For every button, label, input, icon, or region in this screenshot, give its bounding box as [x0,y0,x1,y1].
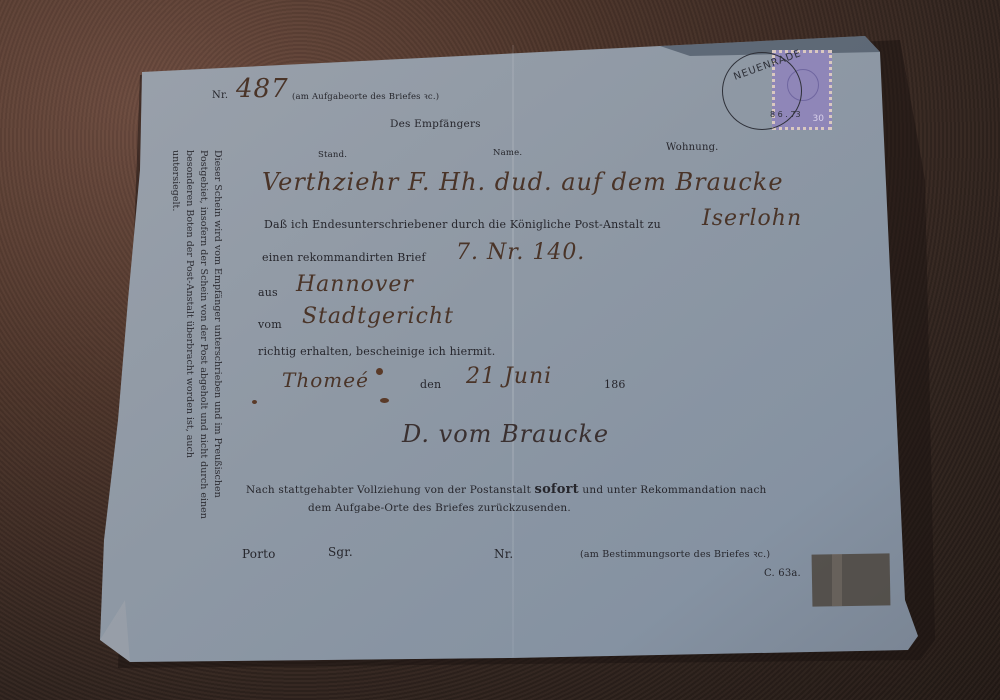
tape-stripe [832,554,842,606]
postal-receipt-document: Nr. 487 (am Aufgabeorte des Briefes ꝛc.)… [0,0,1000,700]
den-label: den [420,378,441,391]
instructions-text-after: und unter Rekommandation nach [582,484,766,496]
form-code: C. 63a. [764,568,801,579]
nr-value-handwritten: 487 [236,74,289,104]
sgr-label: Sgr. [328,545,353,559]
porto-label: Porto [242,547,276,561]
fold-crease [512,45,514,657]
vom-label: vom [258,318,282,331]
post-office-town-handwritten: Iserlohn [702,206,802,231]
stamp-value: 30 [813,114,824,124]
wohnung-label: Wohnung. [666,142,719,153]
ink-blot [252,400,257,404]
body-line1: Daß ich Endesunterschriebener durch die … [264,218,661,231]
place-handwritten: Thomeé [282,368,369,392]
nr-label: Nr. [212,90,228,101]
footer-nr-label: Nr. [494,547,513,561]
name-label: Name. [493,148,522,158]
aus-label: aus [258,286,278,299]
instructions-text-before: Nach stattgehabter Vollziehung von der P… [246,484,531,496]
year-prefix: 186 [604,378,626,391]
stand-label: Stand. [318,150,347,160]
postmark-date: 8 6 . 73 [770,110,801,119]
date-handwritten: 21 Juni [466,364,552,389]
section-title-empfaenger: Des Empfängers [390,118,481,130]
destination-note: (am Bestimmungsorte des Briefes ꝛc.) [580,547,770,560]
side-instruction-note: Dieser Schein wird vom Empfänger untersc… [168,150,224,520]
sender-handwritten: Stadtgericht [302,304,454,329]
ink-blot [376,368,383,375]
instructions-line2: dem Aufgabe-Orte des Briefes zurückzusen… [308,502,571,514]
confirm-text: richtig erhalten, bescheinige ich hiermi… [258,345,495,358]
instructions-sofort: sofort [535,482,579,497]
body-line2: einen rekommandirten Brief [262,251,426,264]
letter-number-handwritten: 7. Nr. 140. [456,240,585,265]
tape-remnant [812,553,891,606]
ink-blot [380,398,389,403]
signature: D. vom Braucke [402,420,609,448]
instructions-line1: Nach stattgehabter Vollziehung von der P… [246,482,767,497]
nr-note: (am Aufgabeorte des Briefes ꝛc.) [292,91,439,102]
origin-handwritten: Hannover [296,272,414,297]
recipient-handwritten: Verthziehr F. Hh. dud. auf dem Braucke [262,168,784,196]
